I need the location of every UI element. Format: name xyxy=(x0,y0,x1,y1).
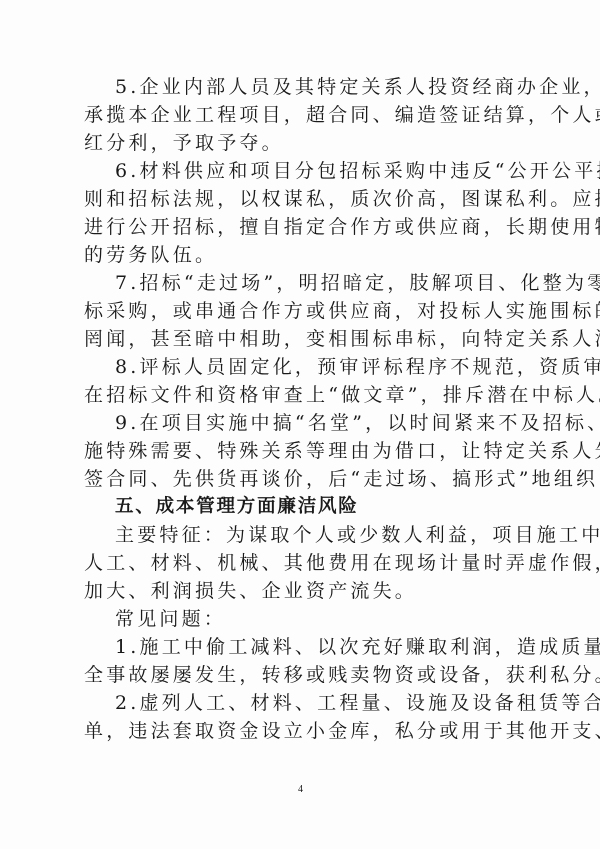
text-line: 罔闻，甚至暗中相助，变相围标串标，向特定关系人泄露标底。 xyxy=(84,325,524,353)
text-line: 红分利，予取予夺。 xyxy=(84,129,524,157)
text-line: 标采购，或串通合作方或供应商，对投标人实施围标的行为置若 xyxy=(84,297,524,325)
text-line: 的劳务队伍。 xyxy=(84,241,524,269)
text-line: 1.施工中偷工减料、以次充好赚取利润，造成质量事故和安 xyxy=(84,633,524,661)
text-line: 在招标文件和资格审查上“做文章”，排斥潜在中标人。 xyxy=(84,381,524,409)
text-line: 施特殊需要、特殊关系等理由为借口，让特定关系人先进场后补 xyxy=(84,437,524,465)
text-line: 6.材料供应和项目分包招标采购中违反“公开公平择优”原 xyxy=(84,157,524,185)
text-line: 7.招标“走过场”，明招暗定，肢解项目、化整为零规避招 xyxy=(84,269,524,297)
text-line: 5.企业内部人员及其特定关系人投资经商办企业，暗箱操作 xyxy=(84,73,524,101)
document-page: 5.企业内部人员及其特定关系人投资经商办企业，暗箱操作 承揽本企业工程项目，超合… xyxy=(0,0,600,849)
text-line: 则和招标法规，以权谋私，质次价高，图谋私利。应招标项目未 xyxy=(84,185,524,213)
text-line: 签合同、先供货再谈价，后“走过场、搞形式”地组织“招标”。 xyxy=(84,465,524,493)
text-line: 单，违法套取资金设立小金库，私分或用于其他开支、坐收坐支， xyxy=(84,717,524,745)
text-line: 2.虚列人工、材料、工程量、设施及设备租赁等合同、结算 xyxy=(84,689,524,717)
document-body: 5.企业内部人员及其特定关系人投资经商办企业，暗箱操作 承揽本企业工程项目，超合… xyxy=(84,73,524,745)
text-line: 加大、利润损失、企业资产流失。 xyxy=(84,577,524,605)
text-line: 主要特征：为谋取个人或少数人利益，项目施工中管理粗放， xyxy=(84,521,524,549)
text-line: 8.评标人员固定化，预审评标程序不规范，资质审查不严格， xyxy=(84,353,524,381)
text-line: 进行公开招标，擅自指定合作方或供应商，长期使用特定关系人 xyxy=(84,213,524,241)
text-line: 9.在项目实施中搞“名堂”，以时间紧来不及招标、项目实 xyxy=(84,409,524,437)
page-number: 4 xyxy=(298,784,303,795)
text-line: 全事故屡屡发生，转移或贱卖物资或设备，获利私分。 xyxy=(84,661,524,689)
subheading-common-issues: 常见问题： xyxy=(84,605,524,633)
text-line: 承揽本企业工程项目，超合同、编造签证结算，个人或少数人分 xyxy=(84,101,524,129)
text-line: 人工、材料、机械、其他费用在现场计量时弄虚作假，导致成本 xyxy=(84,549,524,577)
section-heading: 五、成本管理方面廉洁风险 xyxy=(84,493,524,521)
